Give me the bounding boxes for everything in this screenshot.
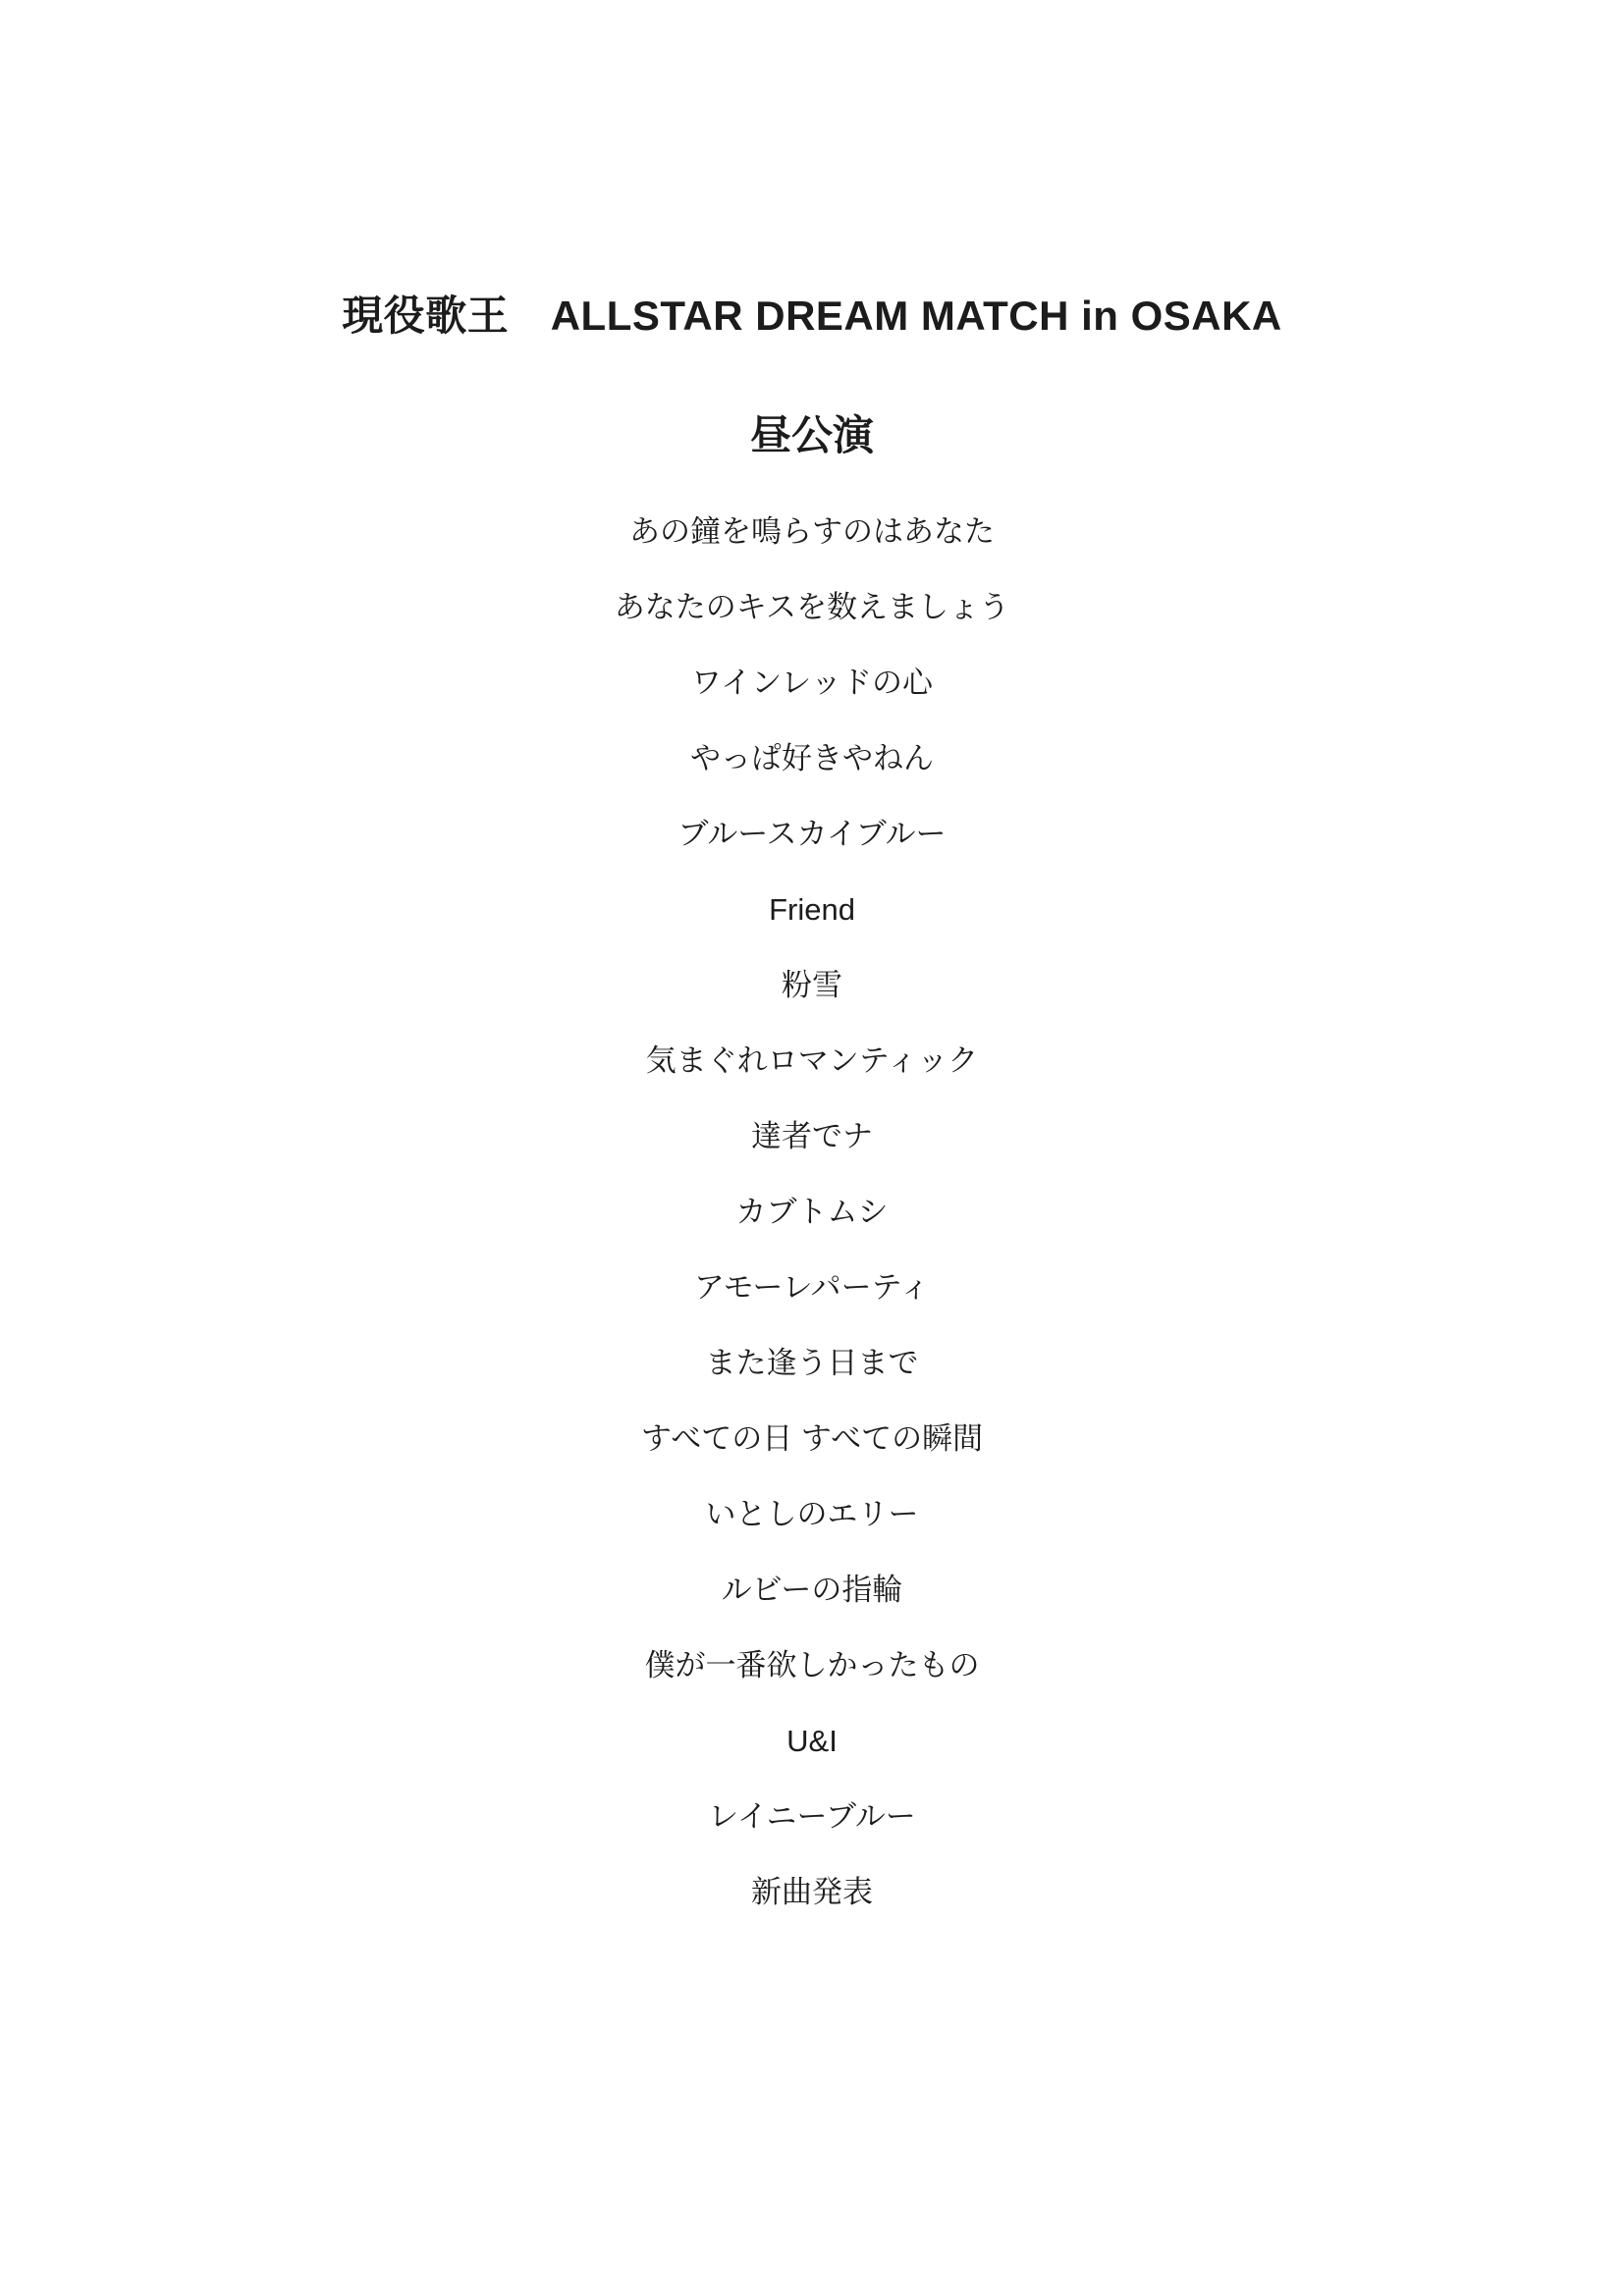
section-heading-daytime-performance: 昼公演 — [0, 411, 1624, 460]
song-item: 僕が一番欲しかったもの — [0, 1628, 1624, 1703]
song-item: また逢う日まで — [0, 1325, 1624, 1401]
page-title: 現役歌王 ALLSTAR DREAM MATCH in OSAKA — [0, 0, 1624, 341]
song-item: レイニーブルー — [0, 1779, 1624, 1854]
document-page: 現役歌王 ALLSTAR DREAM MATCH in OSAKA 昼公演 あの… — [0, 0, 1624, 2296]
song-item: 新曲発表 — [0, 1854, 1624, 1930]
song-item: 達者でナ — [0, 1098, 1624, 1174]
song-item: あなたのキスを数えましょう — [0, 569, 1624, 645]
song-item: やっぱ好きやねん — [0, 721, 1624, 796]
song-item: アモーレパーティ — [0, 1250, 1624, 1325]
song-item: ルビーの指輪 — [0, 1552, 1624, 1628]
song-item: ブルースカイブルー — [0, 796, 1624, 872]
song-item: Friend — [0, 872, 1624, 947]
song-item: U&I — [0, 1703, 1624, 1779]
song-item: すべての日 すべての瞬間 — [0, 1401, 1624, 1476]
song-item: ワインレッドの心 — [0, 645, 1624, 721]
setlist: あの鐘を鳴らすのはあなた あなたのキスを数えましょう ワインレッドの心 やっぱ好… — [0, 494, 1624, 1930]
song-item: 気まぐれロマンティック — [0, 1023, 1624, 1098]
song-item: 粉雪 — [0, 947, 1624, 1023]
song-item: あの鐘を鳴らすのはあなた — [0, 494, 1624, 569]
song-item: いとしのエリー — [0, 1476, 1624, 1552]
song-item: カブトムシ — [0, 1174, 1624, 1250]
